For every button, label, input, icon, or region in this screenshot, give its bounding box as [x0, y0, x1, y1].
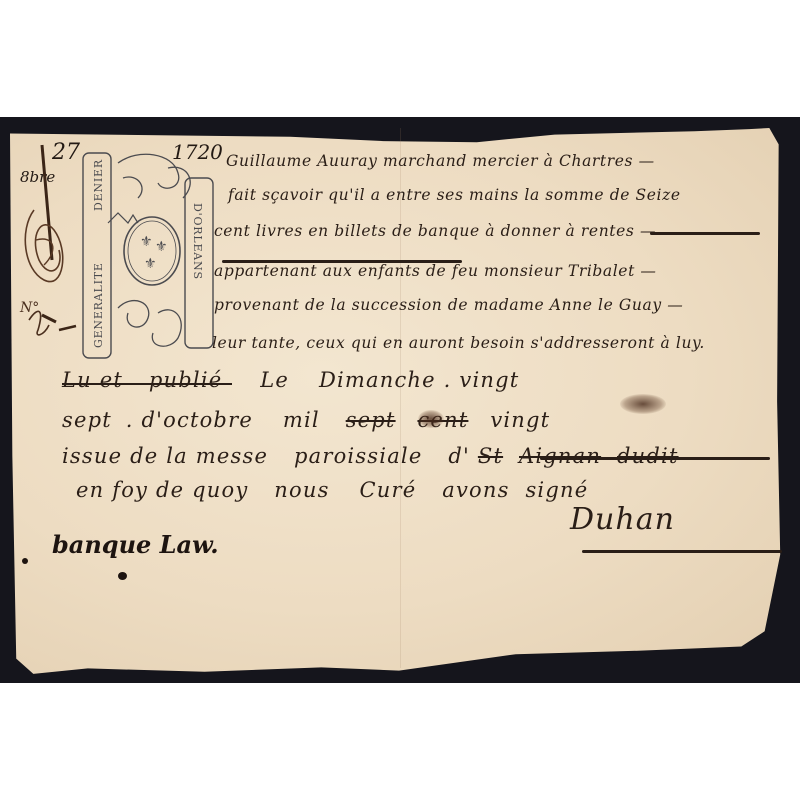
margin-paraph-note: N°: [20, 300, 39, 316]
pub-word: mil: [283, 408, 320, 432]
pub-word: paroissiale: [294, 444, 423, 468]
body-line-5: provenant de la succession de madame Ann…: [214, 296, 683, 314]
pub-word: issue de la messe: [62, 444, 268, 468]
signature: Duhan: [570, 502, 675, 537]
pub-word: dudit: [617, 444, 679, 468]
pub-word: en foy de quoy: [76, 478, 248, 502]
footer-note: banque Law.: [52, 530, 219, 559]
ink-smudge: [620, 394, 666, 414]
strike-stroke: [540, 457, 770, 460]
svg-text:⚜: ⚜: [144, 256, 157, 272]
ink-blot: [118, 572, 127, 580]
pub-word: St: [478, 444, 503, 468]
pub-word: vingt: [490, 408, 550, 432]
paper-fold: [400, 128, 401, 668]
pub-word: sept: [346, 408, 396, 432]
fleur-de-lis-stamp-icon: ⚜ ⚜ ⚜ DENIER GENERALITE D'ORLEANS: [78, 143, 218, 368]
pub-word: sept: [62, 408, 112, 432]
pub-word: avons: [442, 478, 509, 502]
svg-text:⚜: ⚜: [155, 239, 168, 255]
body-line-6: leur tante, ceux qui en auront besoin s'…: [212, 334, 705, 352]
pub-word: Lu et: [62, 368, 123, 392]
svg-text:GENERALITE: GENERALITE: [92, 262, 105, 348]
svg-text:⚜: ⚜: [140, 234, 153, 250]
pub-word: nous: [274, 478, 329, 502]
publication-line-1: Lu et publié Le Dimanche . vingt: [62, 368, 519, 392]
body-line-2: fait sçavoir qu'il a entre ses mains la …: [228, 186, 681, 204]
pub-word: . vingt: [444, 368, 520, 392]
signature-underline: [582, 550, 782, 553]
pub-word: Curé: [359, 478, 416, 502]
pub-word: Aignan: [519, 444, 601, 468]
svg-text:D'ORLEANS: D'ORLEANS: [191, 203, 204, 280]
underline-stroke: [650, 232, 760, 235]
body-line-4: appartenant aux enfants de feu monsieur …: [214, 262, 657, 280]
pub-word: signé: [525, 478, 588, 502]
pub-word: publié: [149, 368, 222, 392]
publication-line-2: sept . d'octobre mil sept cent vingt: [62, 408, 550, 432]
publication-line-4: en foy de quoy nous Curé avons signé: [76, 478, 588, 502]
body-line-1: Guillaume Auuray marchand mercier à Char…: [226, 152, 655, 170]
publication-line-3: issue de la messe paroissiale d' St Aign…: [62, 444, 679, 468]
ink-blot: [22, 558, 28, 564]
ink-smudge: [418, 410, 444, 428]
pub-word: Dimanche: [319, 368, 436, 392]
pub-word: . d'octobre: [126, 408, 253, 432]
generalite-stamp: ⚜ ⚜ ⚜ DENIER GENERALITE D'ORLEANS: [78, 143, 218, 368]
pub-word: d': [448, 444, 470, 468]
strike-line: [62, 383, 232, 385]
body-line-3: cent livres en billets de banque à donne…: [214, 222, 656, 240]
pub-word: Le: [260, 368, 289, 392]
svg-text:DENIER: DENIER: [92, 159, 105, 211]
